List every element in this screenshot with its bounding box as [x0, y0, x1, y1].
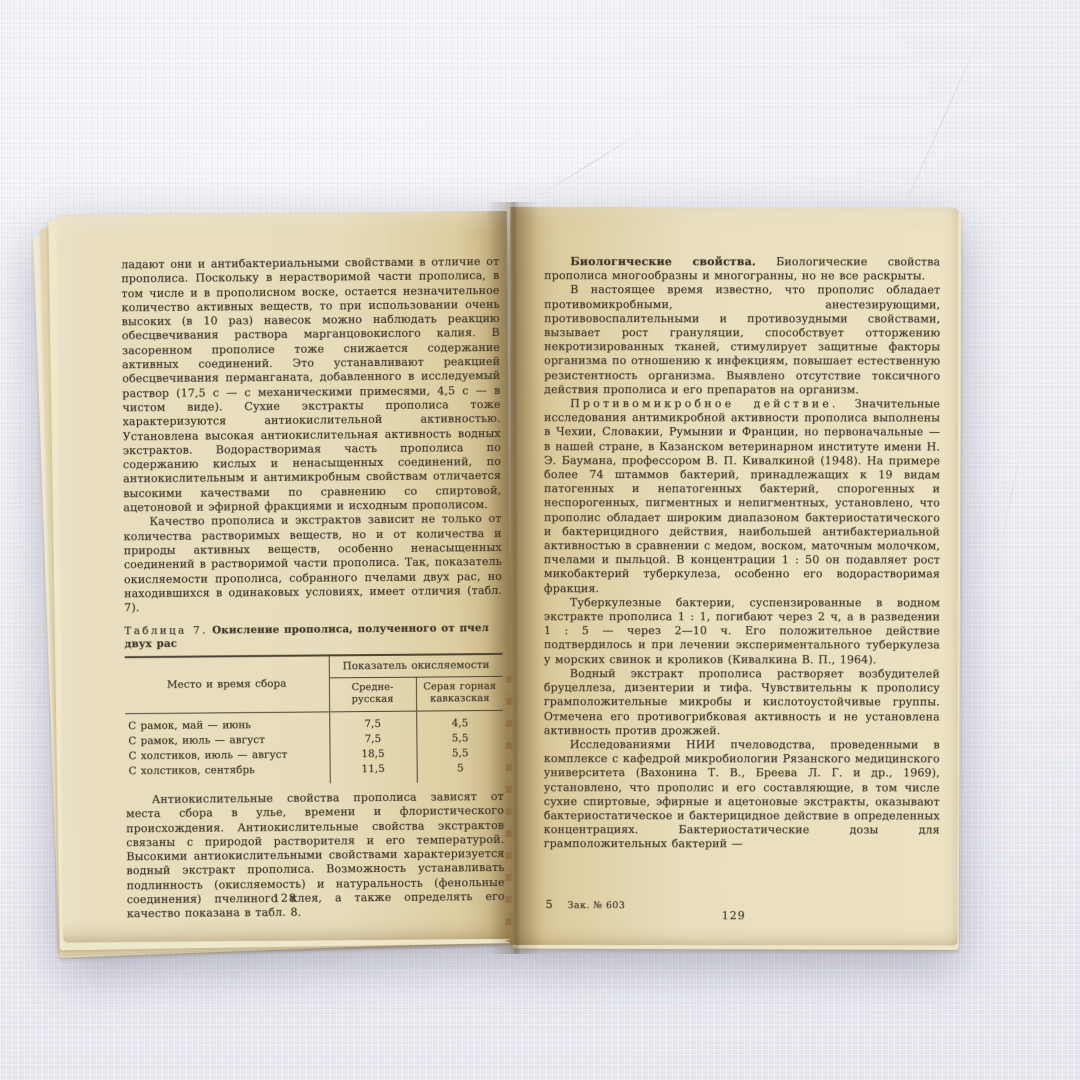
right-page-text: Биологические свойства. Биологические св… — [510, 207, 959, 852]
print-signature: 5Зак. № 603 — [546, 898, 626, 911]
left-page: ладают они и антибактериальными свойства… — [57, 211, 513, 943]
paragraph: Качество прополиса и экстрактов зависит … — [123, 512, 502, 615]
order-number: Зак. № 603 — [568, 900, 626, 911]
row-value: 5,5 — [417, 746, 504, 762]
oxidation-table: Место и время сбора Показатель окисляемо… — [125, 653, 504, 785]
paragraph-text: Значительные исследования антимикробной … — [544, 397, 940, 594]
row-value: 11,5 — [330, 762, 417, 784]
row-value: 4,5 — [416, 710, 503, 731]
row-value: 5 — [417, 761, 504, 783]
background-crease — [893, 20, 987, 231]
row-value: 5,5 — [416, 731, 503, 747]
paragraph: ладают они и антибактериальными свойства… — [121, 255, 501, 516]
background-crease — [1000, 431, 1026, 549]
row-label: С рамок, июль — август — [125, 732, 329, 749]
paragraph: Противомикробное действие. Значительные … — [544, 397, 940, 596]
paragraph: Туберкулезные бактерии, суспензированные… — [544, 596, 940, 667]
row-value: 7,5 — [329, 711, 416, 732]
table-caption: Таблица 7. Окисление прополиса, полученн… — [124, 622, 502, 651]
column-header-group: Показатель окисляемости — [329, 654, 503, 678]
paragraph: Исследованиями НИИ пчеловодства, проведе… — [544, 738, 940, 852]
column-header-sub1: Средне- русская — [329, 677, 416, 712]
subsection-heading: Противомикробное действие. — [570, 397, 839, 410]
paragraph: Биологические свойства. Биологические св… — [544, 255, 940, 284]
column-header-sub2: Серая горная кавказская — [416, 676, 503, 711]
left-page-text: ладают они и антибактериальными свойства… — [57, 211, 513, 922]
paragraph: В настоящее время известно, что прополис… — [544, 283, 940, 397]
binding-glue-seam — [505, 670, 512, 942]
column-header-place: Место и время сбора — [125, 656, 330, 714]
row-label: С холстиков, июль — август — [125, 747, 329, 764]
right-page: Биологические свойства. Биологические св… — [510, 207, 959, 945]
background-crease — [529, 127, 648, 202]
section-heading: Биологические свойства. — [570, 255, 756, 268]
signature-number: 5 — [546, 898, 554, 911]
row-label: С рамок, май — июнь — [125, 712, 329, 734]
table-7: Таблица 7. Окисление прополиса, полученн… — [124, 622, 503, 785]
page-number-right: 129 — [722, 909, 746, 922]
paragraph: Водный экстракт прополиса растворяет воз… — [544, 667, 940, 738]
row-label: С холстиков, сентябрь — [126, 762, 330, 785]
open-book: ладают они и антибактериальными свойства… — [55, 200, 964, 955]
table-row: С холстиков, сентябрь 11,5 5 — [126, 761, 504, 785]
row-value: 7,5 — [329, 732, 416, 748]
page-number-left: 128 — [273, 892, 297, 905]
paragraph: Антиокислительные свойства прополиса зав… — [126, 790, 505, 922]
row-value: 18,5 — [330, 747, 417, 763]
table-caption-label: Таблица 7. — [124, 625, 207, 638]
